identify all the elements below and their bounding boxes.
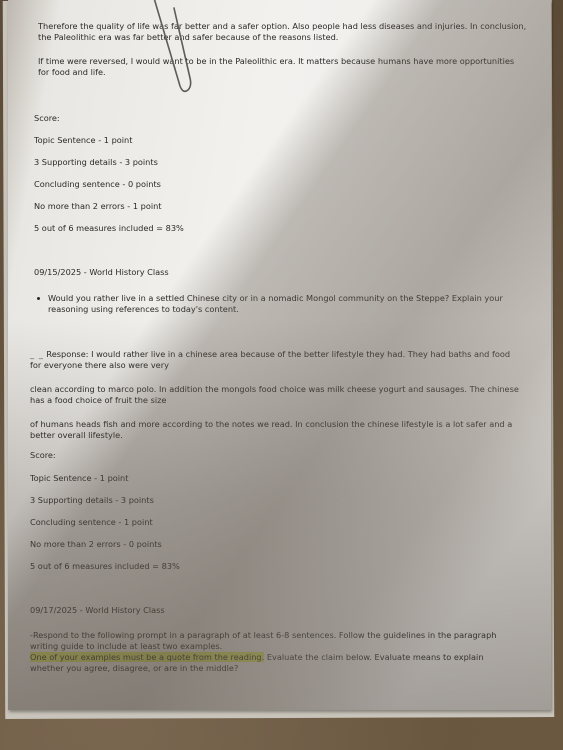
response-paragraph: clean according to marco polo. In additi… [30,384,520,406]
score-item: Concluding sentence - 0 points [34,179,161,190]
paperclip-icon [150,0,200,98]
score-item: 3 Supporting details - 3 points [30,495,154,506]
paper-sheet: Therefore the quality of life was far be… [8,0,551,710]
instructions-paragraph: -Respond to the following prompt in a pa… [30,630,500,652]
paragraph-reversal: If time were reversed, I would want to b… [38,56,528,78]
score-label: Score: [30,450,56,461]
score-total: 5 out of 6 measures included = 83% [34,223,184,234]
response-paragraph: of humans heads fish and more according … [30,419,520,441]
response-marker: _ _ [30,349,44,359]
score-item: No more than 2 errors - 1 point [34,201,162,212]
prompt-bullet: Would you rather live in a settled Chine… [34,293,538,315]
section-heading: 09/15/2025 - World History Class [34,267,169,278]
score-item: Topic Sentence - 1 point [34,135,132,146]
document-content: Therefore the quality of life was far be… [8,0,551,710]
score-item: 3 Supporting details - 3 points [34,157,158,168]
highlighted-text: One of your examples must be a quote fro… [30,652,264,662]
score-item: Concluding sentence - 1 point [30,517,153,528]
section-heading: 09/17/2025 - World History Class [30,605,165,616]
paragraph-conclusion: Therefore the quality of life was far be… [38,21,528,43]
instructions-paragraph: One of your examples must be a quote fro… [30,652,510,674]
response-paragraph: _ _ Response: I would rather live in a c… [30,349,520,371]
response-text: Response: I would rather live in a chine… [30,349,510,370]
score-label: Score: [34,113,60,124]
score-item: No more than 2 errors - 0 points [30,539,162,550]
score-item: Topic Sentence - 1 point [30,473,128,484]
score-total: 5 out of 6 measures included = 83% [30,561,180,572]
